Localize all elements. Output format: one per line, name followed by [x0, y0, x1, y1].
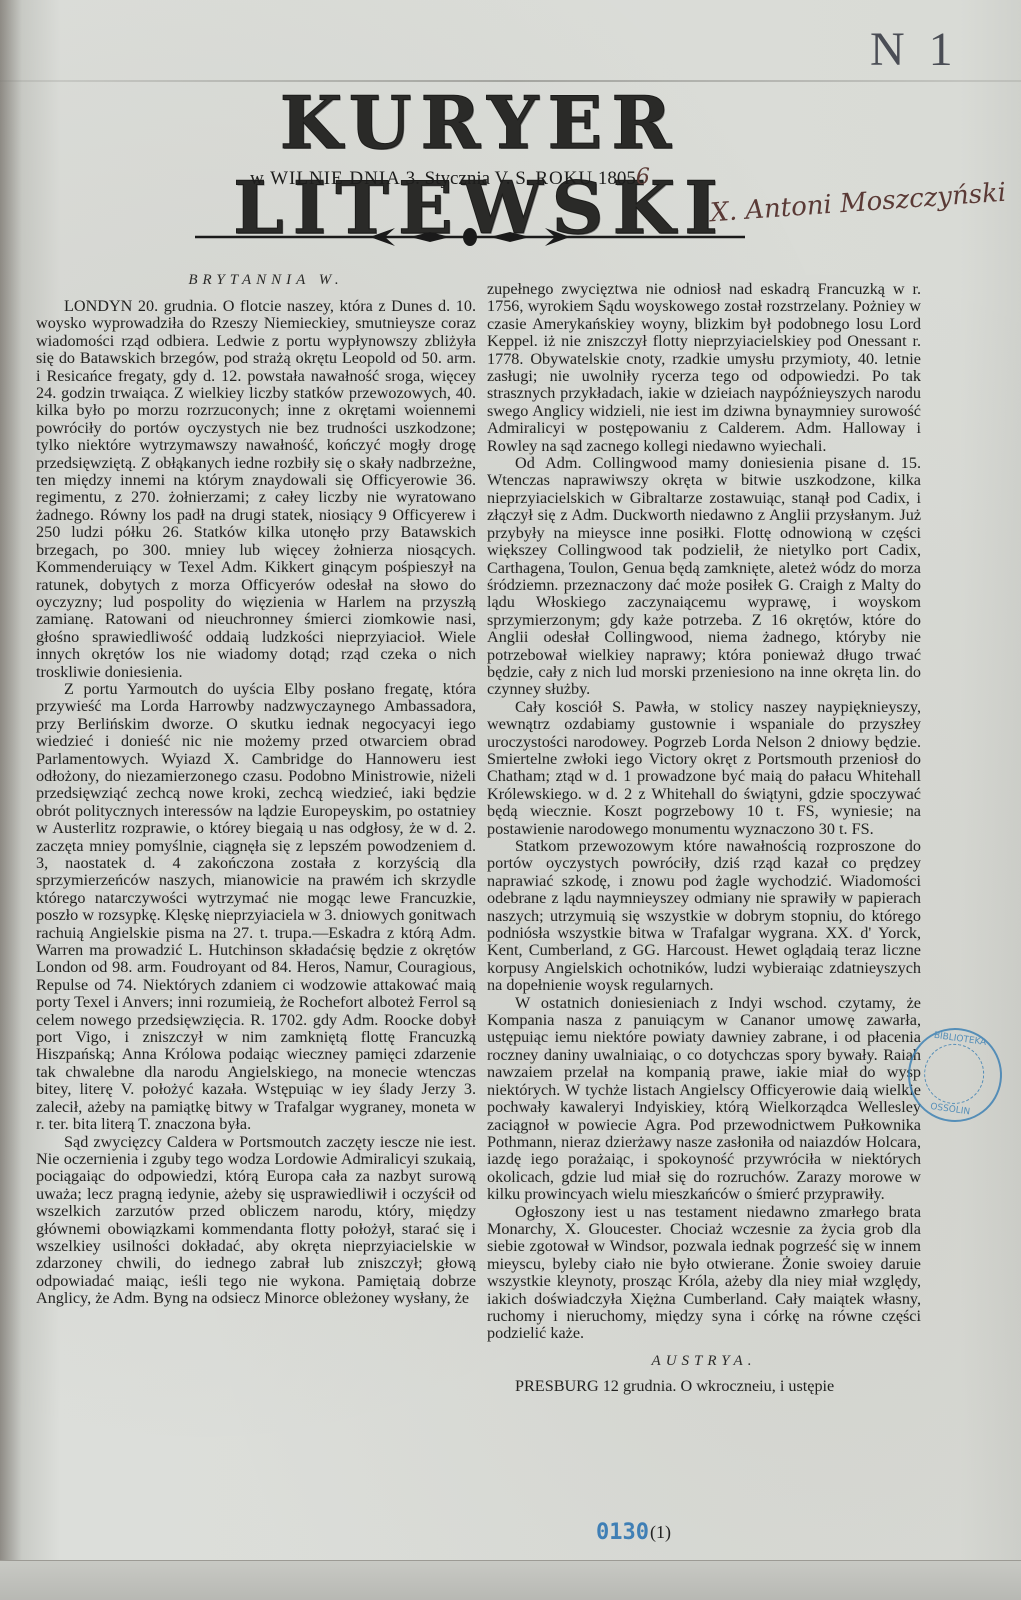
article-paragraph: Statkom przewozowym które nawałnością ro…	[487, 838, 921, 995]
archive-number-mark: N 1	[870, 22, 959, 77]
article-paragraph: Od Adm. Collingwood mamy doniesienia pis…	[487, 455, 921, 699]
dateline-day: 3.	[406, 168, 420, 189]
section-heading-austria: AUSTRYA.	[487, 1353, 921, 1370]
right-column: zupełnego zwycięztwa nie odniosł nad esk…	[487, 281, 921, 1396]
section-heading-britain: BRYTANNIA W.	[146, 272, 386, 289]
article-paragraph: W ostatnich doniesieniach z Indyi wschod…	[487, 995, 921, 1204]
newspaper-page: N 1 KURYER LITEWSKI w WILNIE DNIA 3. Sty…	[0, 0, 1021, 1600]
article-paragraph: PRESBURG 12 grudnia. O wkroczneiu, i ust…	[487, 1378, 921, 1395]
dateline-month: Stycznia V. S.	[425, 168, 531, 189]
ornament-divider-icon	[195, 222, 745, 252]
page-number: (1)	[650, 1522, 671, 1543]
dateline-year-correction: 6	[636, 165, 650, 190]
article-paragraph: zupełnego zwycięztwa nie odniosł nad esk…	[487, 281, 921, 455]
dateline-year: 1805	[598, 168, 636, 189]
left-column: BRYTANNIA W. LONDYN 20. grudnia. O flotc…	[36, 298, 476, 1308]
inventory-number-stamp: 0130	[596, 1520, 649, 1545]
dateline-year-label: ROKU	[535, 168, 593, 189]
dateline: w WILNIE DNIA 3. Stycznia V. S. ROKU 180…	[250, 165, 650, 190]
article-paragraph: LONDYN 20. grudnia. O flotcie naszey, kt…	[36, 298, 476, 681]
stamp-inner-ring	[920, 1040, 988, 1108]
article-paragraph: Cały kosciół S. Pawła, w stolicy naszey …	[487, 699, 921, 838]
article-paragraph: Z portu Yarmoutch do uyścia Elby posłano…	[36, 681, 476, 1134]
article-paragraph: Sąd zwycięzcy Caldera w Portsmoutch zacz…	[36, 1134, 476, 1308]
article-paragraph: Ogłoszony iest u nas testament niedawno …	[487, 1204, 921, 1343]
page-bottom-edge	[0, 1560, 1021, 1600]
dateline-prefix: w WILNIE DNIA	[250, 168, 401, 189]
